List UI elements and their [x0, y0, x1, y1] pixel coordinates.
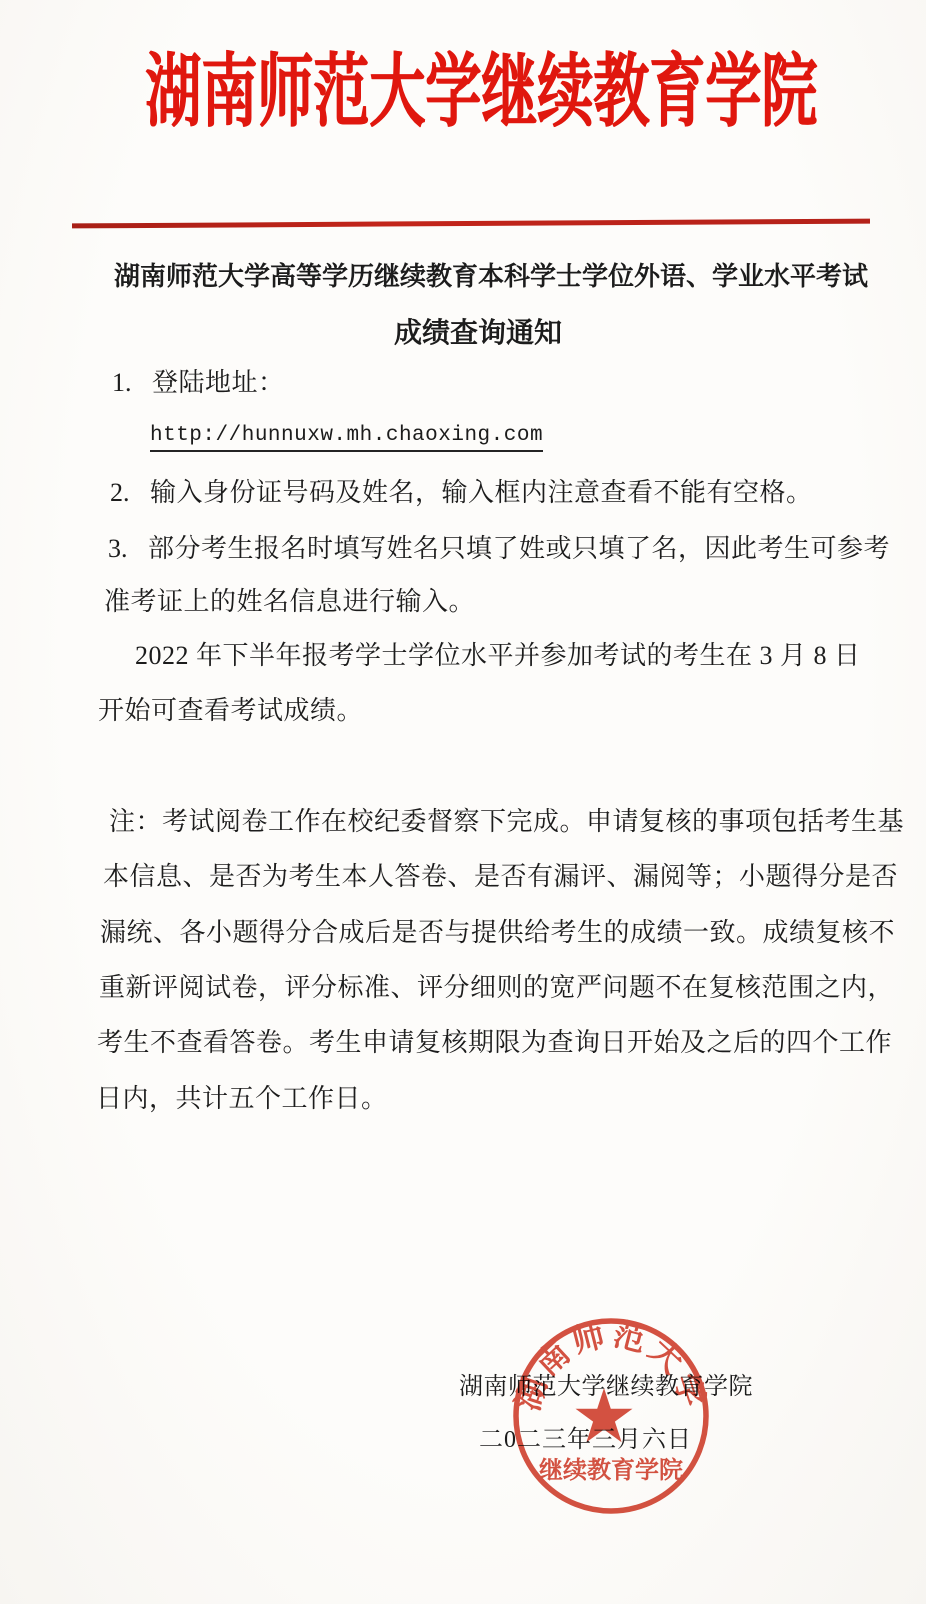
list-item-1-text: 登陆地址： [152, 368, 285, 397]
list-item-2: 2.输入身份证号码及姓名，输入框内注意查看不能有空格。 [110, 477, 813, 509]
note-line: 本信息、是否为考生本人答卷、是否有漏评、漏阅等；小题得分是否 [103, 861, 898, 893]
list-number-3: 3. [108, 533, 148, 565]
stamp-arc-text: 湖南师范大学 [509, 1316, 712, 1415]
note-line: 重新评阅试卷，评分标准、评分细则的宽严问题不在复核范围之内， [99, 972, 894, 1004]
scanned-notice-page: 湖南师范大学继续教育学院 湖南师范大学高等学历继续教育本科学士学位外语、学业水平… [0, 0, 926, 1604]
letterhead-divider-rule [72, 219, 870, 229]
official-stamp: 湖南师范大学 继续教育学院 [501, 1306, 721, 1526]
letterhead-title: 湖南师范大学继续教育学院 [145, 50, 817, 136]
paragraph-line-2: 开始可查看考试成绩。 [98, 695, 363, 727]
login-url: http://hunnuxw.mh.chaoxing.com [150, 424, 543, 452]
list-item-3-wrap: 准考证上的姓名信息进行输入。 [104, 586, 475, 618]
list-item-2-text: 输入身份证号码及姓名，输入框内注意查看不能有空格。 [150, 478, 813, 507]
list-item-1: 1.登陆地址： [112, 367, 285, 399]
note-line: 考生不查看答卷。考生申请复核期限为查询日开始及之后的四个工作 [97, 1027, 892, 1059]
list-number-1: 1. [112, 367, 152, 399]
notice-title-line1: 湖南师范大学高等学历继续教育本科学士学位外语、学业水平考试 [114, 256, 868, 293]
note-line: 漏统、各小题得分合成后是否与提供给考生的成绩一致。成绩复核不 [100, 917, 895, 949]
stamp-bottom-text: 继续教育学院 [539, 1456, 683, 1484]
svg-text:湖南师范大学: 湖南师范大学 [509, 1316, 712, 1415]
star-icon [576, 1388, 633, 1442]
paragraph-line-1: 2022 年下半年报考学士学位水平并参加考试的考生在 3 月 8 日 [135, 640, 861, 672]
list-number-2: 2. [110, 477, 150, 509]
list-item-3-text: 部分考生报名时填写姓名只填了姓或只填了名，因此考生可参考 [148, 534, 890, 563]
list-item-3: 3.部分考生报名时填写姓名只填了姓或只填了名，因此考生可参考 [108, 533, 890, 565]
notice-title-line2: 成绩查询通知 [394, 311, 562, 351]
note-line: 注：考试阅卷工作在校纪委督察下完成。申请复核的事项包括考生基 [109, 806, 904, 838]
note-line: 日内，共计五个工作日。 [96, 1083, 388, 1115]
